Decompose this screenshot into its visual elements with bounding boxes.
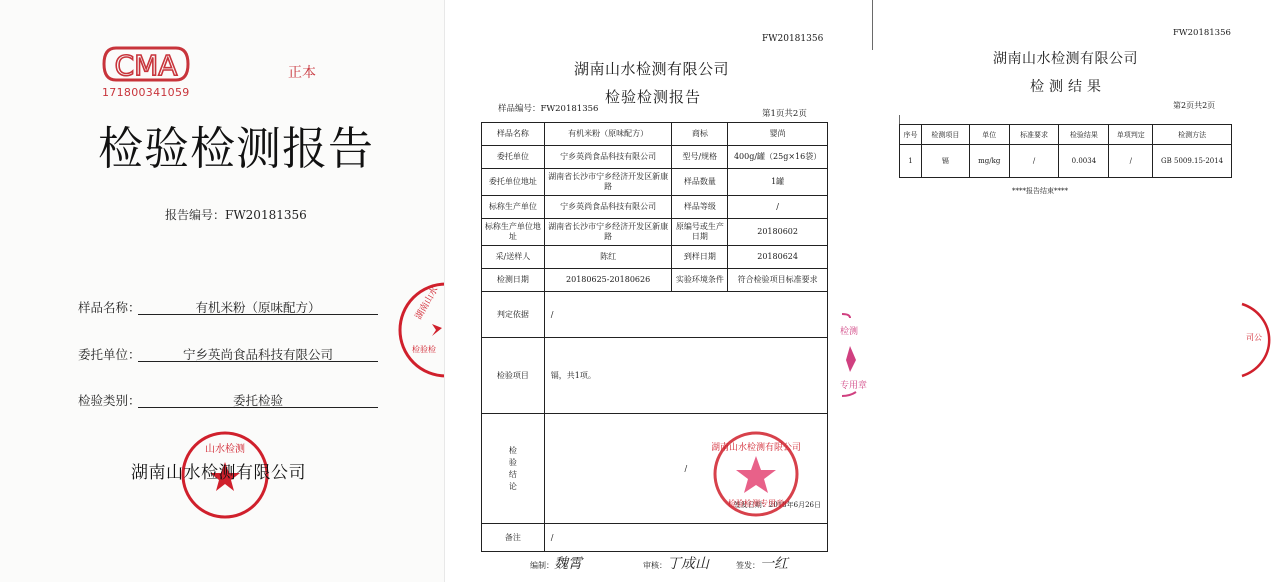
report-table-cell: 标称生产单位: [482, 196, 545, 219]
results-header-cell: 检测项目: [921, 125, 969, 145]
results-header-cell: 标准要求: [1009, 125, 1059, 145]
report-table-cell: /: [728, 196, 828, 219]
report-table-row: 标称生产单位地址湖南省长沙市宁乡经济开发区新康路原编号或生产日期20180602: [482, 219, 828, 246]
remark-row: 备注 /: [482, 524, 828, 552]
report-code: FW20181356: [762, 34, 823, 44]
results-table-row: 1镉mg/kg/0.0034/GB 5009.15-2014: [900, 145, 1232, 178]
results-header-cell: 检测方法: [1153, 125, 1232, 145]
results-cell: GB 5009.15-2014: [1153, 145, 1232, 178]
report-table-row: 检测日期20180625-20180626实验环境条件符合检验项目标准要求: [482, 269, 828, 292]
report-table-row: 委托单位宁乡英尚食品科技有限公司型号/规格400g/罐（25g×16袋）: [482, 146, 828, 169]
results-cell: /: [1109, 145, 1153, 178]
svg-text:检验检: 检验检: [412, 344, 436, 354]
conclusion-value: /: [685, 464, 688, 473]
results-cell: /: [1009, 145, 1059, 178]
report-table-row: 委托单位地址湖南省长沙市宁乡经济开发区新康路样品数量1罐: [482, 169, 828, 196]
report-table-cell: 400g/罐（25g×16袋）: [728, 146, 828, 169]
report-table-cell: 宁乡英尚食品科技有限公司: [544, 196, 672, 219]
report-end-marker: ****报告结束****: [1012, 186, 1068, 196]
report-table-cell: 符合检验项目标准要求: [728, 269, 828, 292]
signature-approver: 签发：一红: [736, 553, 788, 573]
report-table-cell: 20180602: [728, 219, 828, 246]
items-row: 检验项目 镉，共1项。: [482, 338, 828, 414]
report-company: 湖南山水检测有限公司: [574, 58, 729, 79]
conclusion-row: 检验结论 / 签发日期：2018年6月26日: [482, 414, 828, 524]
report-table-cell: 实验环境条件: [672, 269, 728, 292]
results-code: FW20181356: [1173, 28, 1231, 38]
results-cell: mg/kg: [969, 145, 1009, 178]
report-table-row: 采/送样人陈红到样日期20180624: [482, 246, 828, 269]
conclusion-label: 检验结论: [508, 445, 518, 493]
report-table-cell: 宁乡英尚食品科技有限公司: [544, 146, 672, 169]
results-header-row: 序号检测项目单位标准要求检验结果单项判定检测方法: [900, 125, 1232, 145]
results-header-cell: 检验结果: [1059, 125, 1109, 145]
inspection-seal-partial-icon: 湖南山水 检验检: [398, 280, 446, 380]
basis-row: 判定依据 /: [482, 292, 828, 338]
report-table-cell: 有机米粉（原味配方）: [544, 123, 672, 146]
copy-type-label: 正本: [288, 62, 316, 82]
report-title: 检验检测报告: [605, 86, 701, 107]
svg-text:湖南山水: 湖南山水: [412, 284, 440, 321]
report-table-cell: 样品数量: [672, 169, 728, 196]
results-cell: 镉: [921, 145, 969, 178]
results-partial-seal-icon: 司公: [1240, 300, 1280, 380]
report-table-cell: 样品名称: [482, 123, 545, 146]
cover-title: 检验检测报告: [98, 112, 374, 177]
report-table-cell: 样品等级: [672, 196, 728, 219]
issue-date: 签发日期：2018年6月26日: [734, 501, 821, 509]
report-table-cell: 委托单位地址: [482, 169, 545, 196]
results-title: 检测结果: [1030, 76, 1106, 96]
report-table-cell: 委托单位: [482, 146, 545, 169]
report-table-cell: 婴尚: [728, 123, 828, 146]
cma-logo-icon: CMA: [102, 44, 190, 84]
results-cell: 0.0034: [1059, 145, 1109, 178]
results-table: 序号检测项目单位标准要求检验结果单项判定检测方法 1镉mg/kg/0.0034/…: [899, 124, 1232, 178]
report-table-cell: 型号/规格: [672, 146, 728, 169]
cover-company-name: 湖南山水检测有限公司: [131, 458, 306, 483]
signature-reviewer: 审核：丁成山: [643, 553, 709, 573]
report-table-row: 样品名称有机米粉（原味配方）商标婴尚: [482, 123, 828, 146]
page-indicator: 第1页共2页: [762, 107, 807, 119]
report-table-cell: 采/送样人: [482, 246, 545, 269]
results-page-indicator: 第2页共2页: [1173, 100, 1215, 111]
report-table-cell: 20180624: [728, 246, 828, 269]
cma-number: 171800341059: [102, 86, 190, 99]
results-cell: 1: [900, 145, 922, 178]
svg-text:山水检测: 山水检测: [205, 442, 245, 455]
signature-editor: 编制：魏霄: [530, 553, 582, 573]
report-table-row: 标称生产单位宁乡英尚食品科技有限公司样品等级/: [482, 196, 828, 219]
results-company: 湖南山水检测有限公司: [993, 48, 1138, 68]
report-number: 报告编号：FW20181356: [165, 206, 307, 223]
report-table-cell: 湖南省长沙市宁乡经济开发区新康路: [544, 219, 672, 246]
report-table-cell: 20180625-20180626: [544, 269, 672, 292]
cover-page: CMA 171800341059 正本 检验检测报告 报告编号：FW201813…: [0, 0, 445, 582]
results-header-cell: 序号: [900, 125, 922, 145]
report-table-cell: 到样日期: [672, 246, 728, 269]
svg-text:CMA: CMA: [115, 49, 178, 82]
report-table-cell: 1罐: [728, 169, 828, 196]
results-header-cell: 单项判定: [1109, 125, 1153, 145]
report-table-cell: 商标: [672, 123, 728, 146]
svg-text:司公: 司公: [1246, 333, 1262, 342]
report-table: 样品名称有机米粉（原味配方）商标婴尚委托单位宁乡英尚食品科技有限公司型号/规格4…: [481, 122, 828, 552]
report-table-cell: 陈红: [544, 246, 672, 269]
report-table-cell: 湖南省长沙市宁乡经济开发区新康路: [544, 169, 672, 196]
report-table-cell: 原编号或生产日期: [672, 219, 728, 246]
sample-number: 样品编号：FW20181356: [498, 102, 598, 114]
report-table-cell: 标称生产单位地址: [482, 219, 545, 246]
report-table-cell: 检测日期: [482, 269, 545, 292]
results-header-cell: 单位: [969, 125, 1009, 145]
